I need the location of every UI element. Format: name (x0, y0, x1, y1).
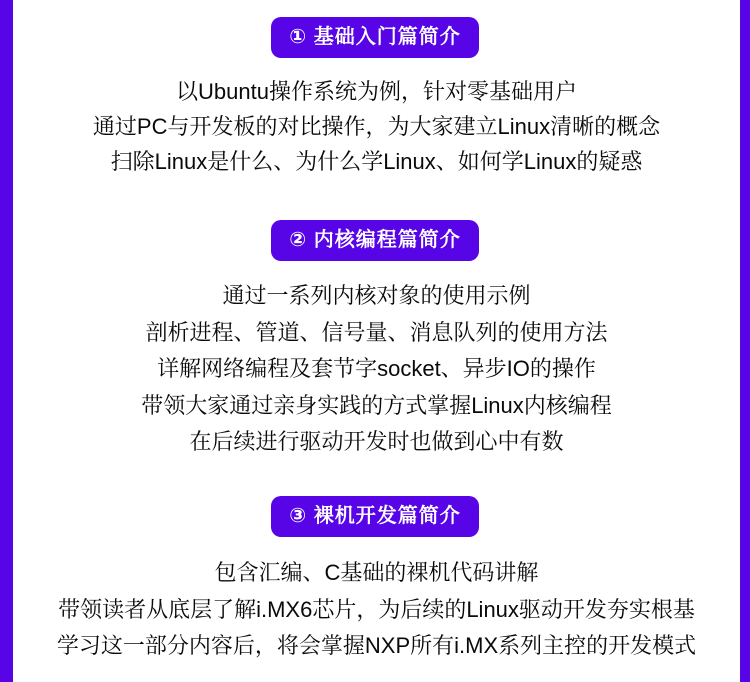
section-1-line-2: 通过PC与开发板的对比操作，为大家建立Linux清晰的概念 (13, 109, 740, 144)
promo-page: ① 基础入门篇简介 以Ubuntu操作系统为例，针对零基础用户 通过PC与开发板… (0, 0, 750, 682)
section-1-header-row: ① 基础入门篇简介 (0, 17, 750, 58)
section-3-header-row: ③ 裸机开发篇简介 (0, 496, 750, 537)
section-2-line-2: 剖析进程、管道、信号量、消息队列的使用方法 (13, 315, 740, 352)
section-2-badge: ② 内核编程篇简介 (271, 220, 479, 261)
section-2-header-row: ② 内核编程篇简介 (0, 220, 750, 261)
section-1-line-3: 扫除Linux是什么、为什么学Linux、如何学Linux的疑惑 (13, 144, 740, 179)
section-3-line-3: 学习这一部分内容后，将会掌握NXP所有i.MX系列主控的开发模式 (13, 628, 740, 665)
left-border-strip (0, 0, 13, 682)
right-border-strip (740, 0, 750, 682)
section-2-text: 通过一系列内核对象的使用示例 剖析进程、管道、信号量、消息队列的使用方法 详解网… (13, 278, 740, 461)
section-2-line-4: 带领大家通过亲身实践的方式掌握Linux内核编程 (13, 388, 740, 425)
section-3-text: 包含汇编、C基础的裸机代码讲解 带领读者从底层了解i.MX6芯片，为后续的Lin… (13, 555, 740, 665)
section-1-line-1: 以Ubuntu操作系统为例，针对零基础用户 (13, 74, 740, 109)
section-3-line-1: 包含汇编、C基础的裸机代码讲解 (13, 555, 740, 592)
section-2-line-5: 在后续进行驱动开发时也做到心中有数 (13, 424, 740, 461)
section-1-badge: ① 基础入门篇简介 (271, 17, 479, 58)
section-1-text: 以Ubuntu操作系统为例，针对零基础用户 通过PC与开发板的对比操作，为大家建… (13, 74, 740, 179)
section-3-line-2: 带领读者从底层了解i.MX6芯片，为后续的Linux驱动开发夯实根基 (13, 592, 740, 629)
section-2-line-1: 通过一系列内核对象的使用示例 (13, 278, 740, 315)
section-3-badge: ③ 裸机开发篇简介 (271, 496, 479, 537)
section-2-line-3: 详解网络编程及套节字socket、异步IO的操作 (13, 351, 740, 388)
